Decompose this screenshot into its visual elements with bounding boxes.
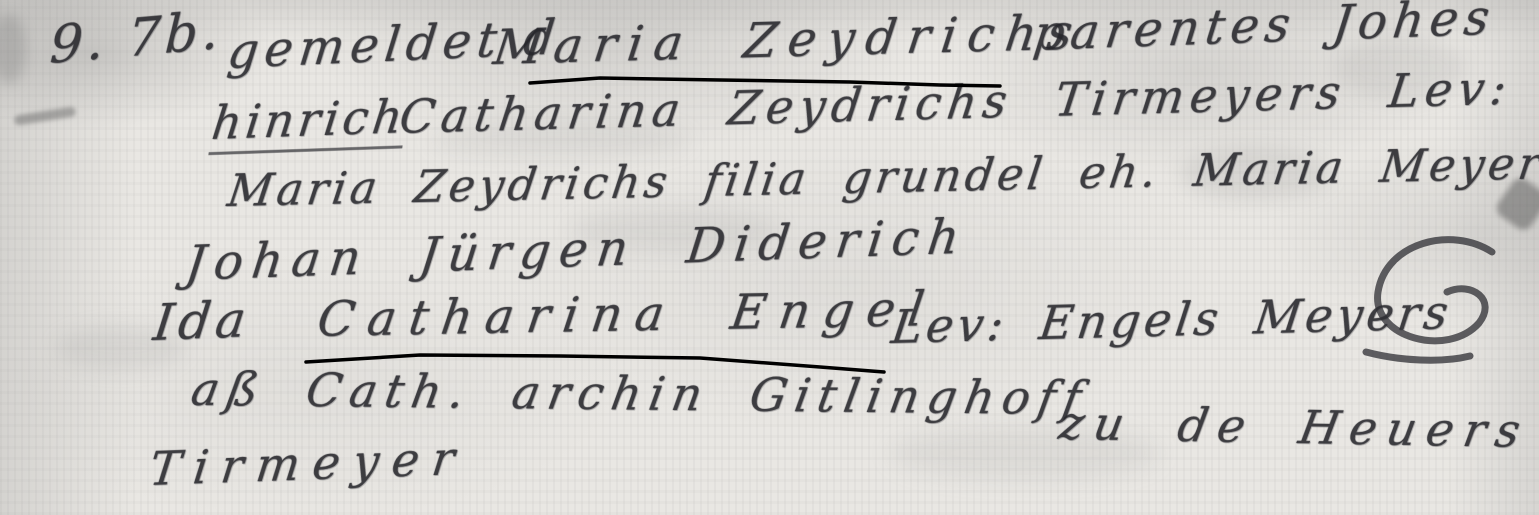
manuscript-line7: Tirmeyer xyxy=(147,431,471,496)
manuscript-line1-name-maria-zeydrichs: Maria Zeydrichs xyxy=(490,4,1086,76)
manuscript-line4: Johan Jürgen Diderich xyxy=(183,209,972,293)
manuscript-line5-tail: Lev: Engels Meyers xyxy=(888,285,1455,354)
manuscript-line6-tail: zu de Heuers xyxy=(1055,396,1534,458)
manuscript-line2-hinrich: hinrich xyxy=(208,89,409,155)
paper-smudge xyxy=(0,14,26,84)
manuscript-line6-lead: aß Cath. archin Gitlinghoff xyxy=(187,362,1092,425)
ink-dash-smudge xyxy=(14,106,77,126)
scanned-register-page: 9. 7b. gemeldet d Maria Zeydrichs parent… xyxy=(0,0,1539,515)
manuscript-line1-date: 9. 7b. xyxy=(48,1,224,77)
manuscript-line1-parentes: parentes Johes xyxy=(1031,0,1499,62)
manuscript-line5-lead: Ida xyxy=(150,290,254,352)
manuscript-line5-name-catharina-engel: Catharina Engel xyxy=(314,281,940,348)
manuscript-line3: Maria Zeydrichs filia grundel eh. Maria … xyxy=(224,138,1539,217)
